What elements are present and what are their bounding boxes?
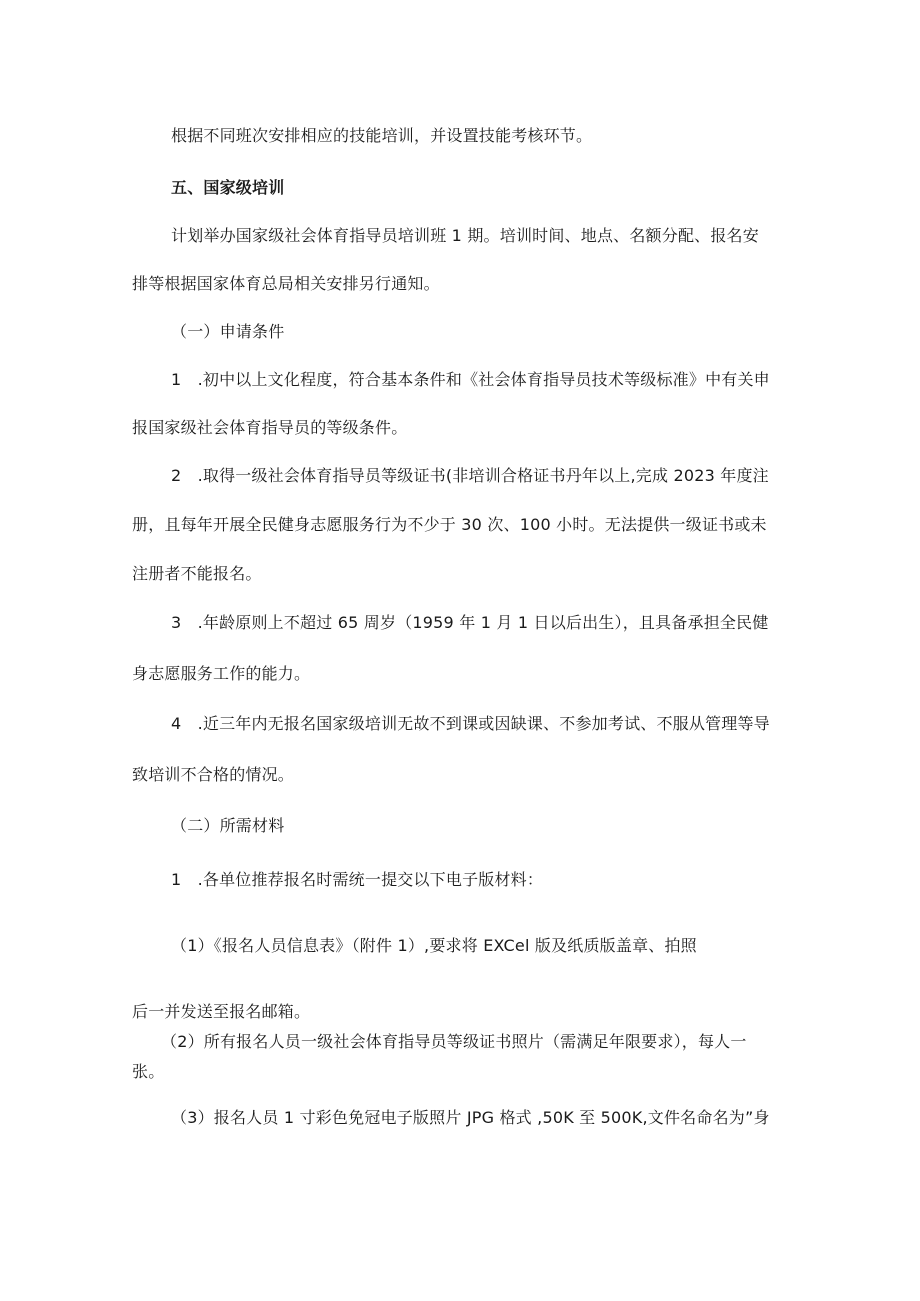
materials-1-item-2-line-1: （2）所有报名人员一级社会体育指导员等级证书照片（需满足年限要求），每人一 (161, 1032, 747, 1052)
section-heading-national-training: 五、国家级培训 (171, 178, 284, 198)
condition-4-line-2: 致培训不合格的情况。 (132, 765, 294, 785)
materials-1-item-3-line-1: （3）报名人员 1 寸彩色免冠电子版照片 JPG 格式 ,50K 至 500K,… (171, 1108, 770, 1128)
materials-1: 1 .各单位推荐报名时需统一提交以下电子版材料： (171, 870, 543, 890)
paragraph-skill-training: 根据不同班次安排相应的技能培训，并设置技能考核环节。 (171, 126, 592, 146)
paragraph-plan-line-1: 计划举办国家级社会体育指导员培训班 1 期。培训时间、地点、名额分配、报名安 (171, 226, 759, 246)
condition-2-line-2: 册，且每年开展全民健身志愿服务行为不少于 30 次、100 小时。无法提供一级证… (132, 515, 767, 535)
materials-1-item-1-line-1: （1）《报名人员信息表》（附件 1）,要求将 EXCel 版及纸质版盖章、拍照 (171, 936, 697, 956)
materials-1-item-1-line-2: 后一并发送至报名邮箱。 (132, 1002, 310, 1022)
condition-2-line-3: 注册者不能报名。 (132, 564, 262, 584)
condition-4-line-1: 4 .近三年内无报名国家级培训无故不到课或因缺课、不参加考试、不服从管理等导 (171, 714, 770, 734)
materials-1-item-2-line-2: 张。 (132, 1062, 164, 1082)
subheading-application-conditions: （一）申请条件 (171, 322, 284, 342)
condition-3-line-2: 身志愿服务工作的能力。 (132, 664, 310, 684)
paragraph-plan-line-2: 排等根据国家体育总局相关安排另行通知。 (132, 274, 440, 294)
subheading-required-materials: （二）所需材料 (171, 816, 284, 836)
condition-2-line-1: 2 .取得一级社会体育指导员等级证书(非培训合格证书丹年以上,完成 2023 年… (171, 466, 769, 486)
condition-3-line-1: 3 .年龄原则上不超过 65 周岁（1959 年 1 月 1 日以后出生），且具… (171, 613, 769, 633)
condition-1-line-2: 报国家级社会体育指导员的等级条件。 (132, 418, 407, 438)
condition-1-line-1: 1 .初中以上文化程度，符合基本条件和《社会体育指导员技术等级标准》中有关申 (171, 370, 770, 390)
